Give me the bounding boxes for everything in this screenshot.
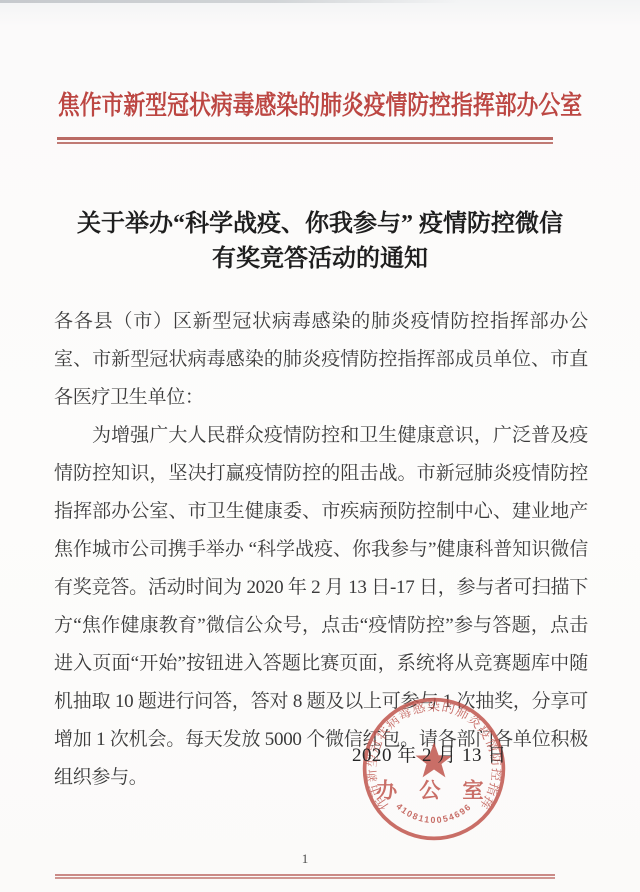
document-title-line2: 有奖竞答活动的通知	[0, 242, 640, 277]
document-title: 关于举办“科学战疫、你我参与” 疫情防控微信 有奖竞答活动的通知	[0, 207, 640, 277]
document-title-line1: 关于举办“科学战疫、你我参与” 疫情防控微信	[0, 207, 640, 242]
header-separator-rule	[57, 137, 553, 144]
seal-serial-number: 4108110054696	[394, 801, 473, 825]
document-page: { "page": { "background_color": "#fdfcfb…	[0, 0, 640, 892]
seal-office-text: 办 公 室	[376, 778, 492, 803]
official-seal-icon: 焦作市新型冠状病毒感染的肺炎疫情防控指挥部 办 公 室 410811005469…	[360, 695, 508, 843]
salutation: 各各县（市）区新型冠状病毒感染的肺炎疫情防控指挥部办公室、市新型冠状病毒感染的肺…	[54, 303, 588, 417]
footer-rule	[55, 874, 555, 879]
letterhead-org-name: 焦作市新型冠状病毒感染的肺炎疫情防控指挥部办公室	[51, 85, 589, 122]
issue-date: 2020 年 2 月 13 日	[352, 740, 507, 767]
scan-artifact	[0, 0, 460, 3]
page-number: 1	[55, 851, 555, 867]
